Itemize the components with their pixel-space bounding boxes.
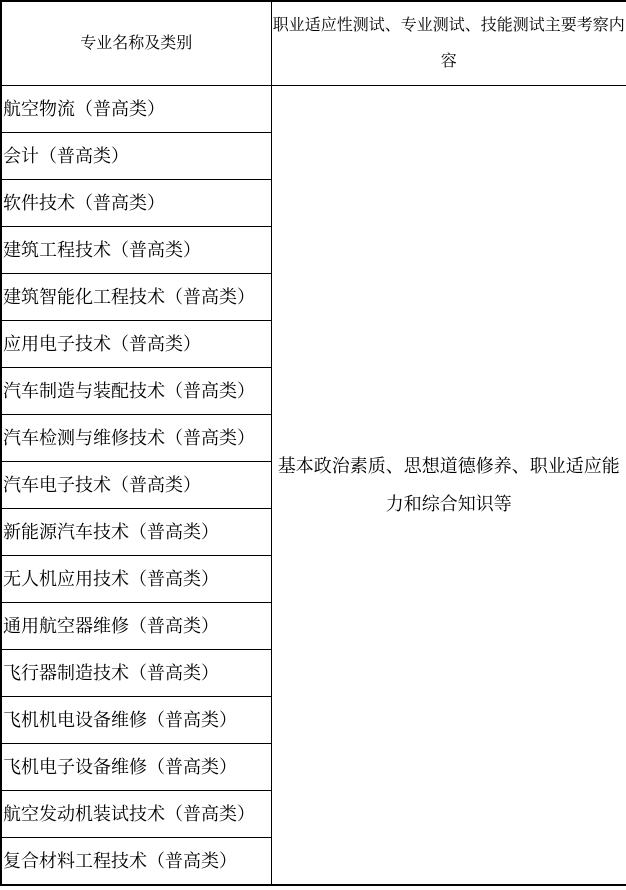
major-cell: 汽车制造与装配技术（普高类）	[1, 368, 271, 415]
major-cell: 航空发动机装试技术（普高类）	[1, 791, 271, 838]
table-row: 航空物流（普高类） 基本政治素质、思想道德修养、职业适应能力和综合知识等	[1, 86, 626, 133]
major-cell: 汽车检测与维修技术（普高类）	[1, 415, 271, 462]
major-cell: 复合材料工程技术（普高类）	[1, 838, 271, 886]
major-cell: 无人机应用技术（普高类）	[1, 556, 271, 603]
header-test-content: 职业适应性测试、专业测试、技能测试主要考察内容	[271, 1, 626, 86]
major-cell: 建筑智能化工程技术（普高类）	[1, 274, 271, 321]
major-cell: 飞机电子设备维修（普高类）	[1, 744, 271, 791]
major-cell: 软件技术（普高类）	[1, 180, 271, 227]
major-cell: 飞行器制造技术（普高类）	[1, 650, 271, 697]
major-cell: 会计（普高类）	[1, 133, 271, 180]
header-row: 专业名称及类别 职业适应性测试、专业测试、技能测试主要考察内容	[1, 1, 626, 86]
major-cell: 新能源汽车技术（普高类）	[1, 509, 271, 556]
major-cell: 航空物流（普高类）	[1, 86, 271, 133]
majors-test-table: 专业名称及类别 职业适应性测试、专业测试、技能测试主要考察内容 航空物流（普高类…	[0, 0, 626, 886]
major-cell: 通用航空器维修（普高类）	[1, 603, 271, 650]
merged-test-content-cell: 基本政治素质、思想道德修养、职业适应能力和综合知识等	[271, 86, 626, 886]
header-major-name: 专业名称及类别	[1, 1, 271, 86]
major-cell: 应用电子技术（普高类）	[1, 321, 271, 368]
major-cell: 汽车电子技术（普高类）	[1, 462, 271, 509]
major-cell: 建筑工程技术（普高类）	[1, 227, 271, 274]
major-cell: 飞机机电设备维修（普高类）	[1, 697, 271, 744]
